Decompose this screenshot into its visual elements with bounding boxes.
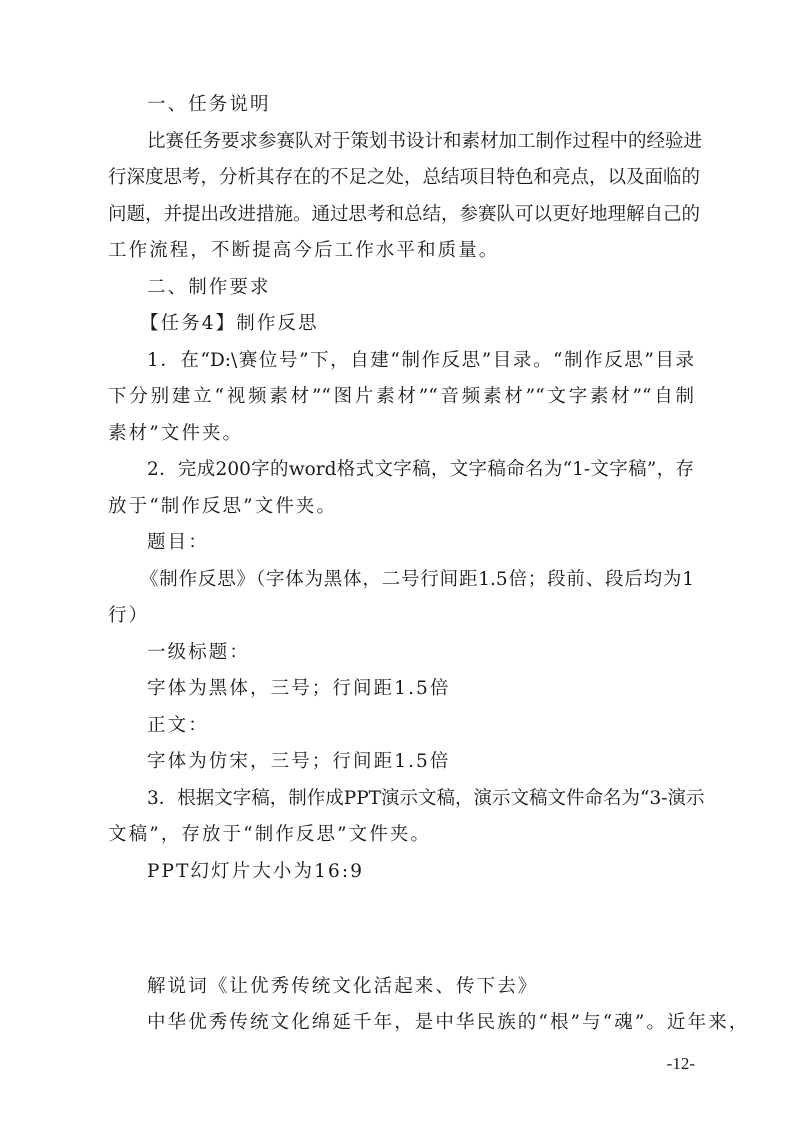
item2-line: 2．完成200字的word格式文字稿，文字稿命名为“1-文字稿”，存 — [147, 458, 694, 482]
task-title: 【任务4】制作反思 — [140, 312, 319, 336]
section-heading-requirements: 二、制作要求 — [147, 276, 271, 300]
paragraph-line: 比赛任务要求参赛队对于策划书设计和素材加工制作过程中的经验进 — [147, 130, 694, 154]
commentary-first-line: 中华优秀传统文化绵延千年，是中华民族的“根”与“魂”。近年来， — [147, 1011, 749, 1035]
page-number: -12- — [667, 1054, 695, 1074]
topic-spec-line: 行） — [108, 604, 149, 628]
topic-spec-line: 《制作反思》（字体为黑体，二号行间距1.5倍；段前、段后均为1 — [140, 568, 694, 592]
section-heading-task-description: 一、任务说明 — [147, 93, 271, 117]
paragraph-line: 行深度思考，分析其存在的不足之处，总结项目特色和亮点，以及面临的 — [108, 166, 694, 190]
ppt-size-spec: PPT幻灯片大小为16:9 — [147, 860, 364, 884]
body-label: 正文： — [147, 714, 209, 738]
commentary-title: 解说词《让优秀传统文化活起来、传下去》 — [147, 975, 538, 999]
body-spec: 字体为仿宋，三号；行间距1.5倍 — [147, 750, 451, 774]
item3-line: 文稿”，存放于“制作反思”文件夹。 — [108, 823, 431, 847]
level1-label: 一级标题： — [147, 641, 250, 665]
item1-line: 1．在“D:\赛位号”下，自建“制作反思”目录。“制作反思”目录 — [147, 349, 694, 373]
item1-line: 素材”文件夹。 — [108, 422, 243, 446]
document-page: 一、任务说明 比赛任务要求参赛队对于策划书设计和素材加工制作过程中的经验进 行深… — [0, 0, 800, 1131]
paragraph-line: 问题，并提出改进措施。通过思考和总结，参赛队可以更好地理解自己的 — [108, 203, 694, 227]
item2-line: 放于“制作反思”文件夹。 — [108, 495, 337, 519]
topic-label: 题目： — [147, 531, 209, 555]
item1-line: 下分别建立“视频素材”“图片素材”“音频素材”“文字素材”“自制 — [108, 385, 694, 409]
level1-spec: 字体为黑体，三号；行间距1.5倍 — [147, 677, 451, 701]
item3-line: 3．根据文字稿，制作成PPT演示文稿，演示文稿文件命名为“3-演示 — [147, 787, 694, 811]
paragraph-line: 工作流程，不断提高今后工作水平和质量。 — [108, 239, 499, 263]
